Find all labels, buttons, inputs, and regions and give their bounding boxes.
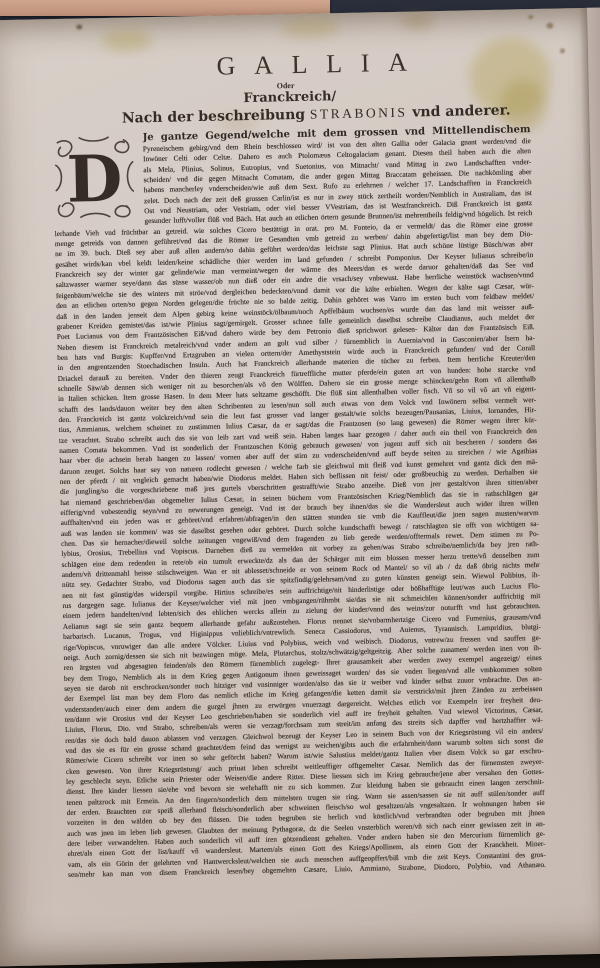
svg-text:D: D xyxy=(66,142,123,218)
body-text: D Je gantze Gegend/welche mit dem grosse… xyxy=(53,123,547,880)
photo-of-book-page: GALLIA Oder Franckreich/ Nach der beschr… xyxy=(0,0,600,968)
stain xyxy=(400,13,434,30)
foxing-speck xyxy=(546,23,553,29)
heading-post: vnd anderer. xyxy=(407,103,510,121)
heading-pre: Nach der beschreibung xyxy=(122,107,310,127)
body-lines: Pyreneischem gebirg/vnd dem Rhein beschl… xyxy=(53,136,546,880)
foxing-speck xyxy=(76,24,82,29)
book-page: GALLIA Oder Franckreich/ Nach der beschr… xyxy=(0,8,600,967)
ornamental-initial-d: D xyxy=(53,133,137,221)
foxing-speck xyxy=(528,15,533,19)
stain xyxy=(280,17,340,38)
stain xyxy=(100,29,152,52)
heading-strabonis: STRABONIS xyxy=(310,105,408,122)
